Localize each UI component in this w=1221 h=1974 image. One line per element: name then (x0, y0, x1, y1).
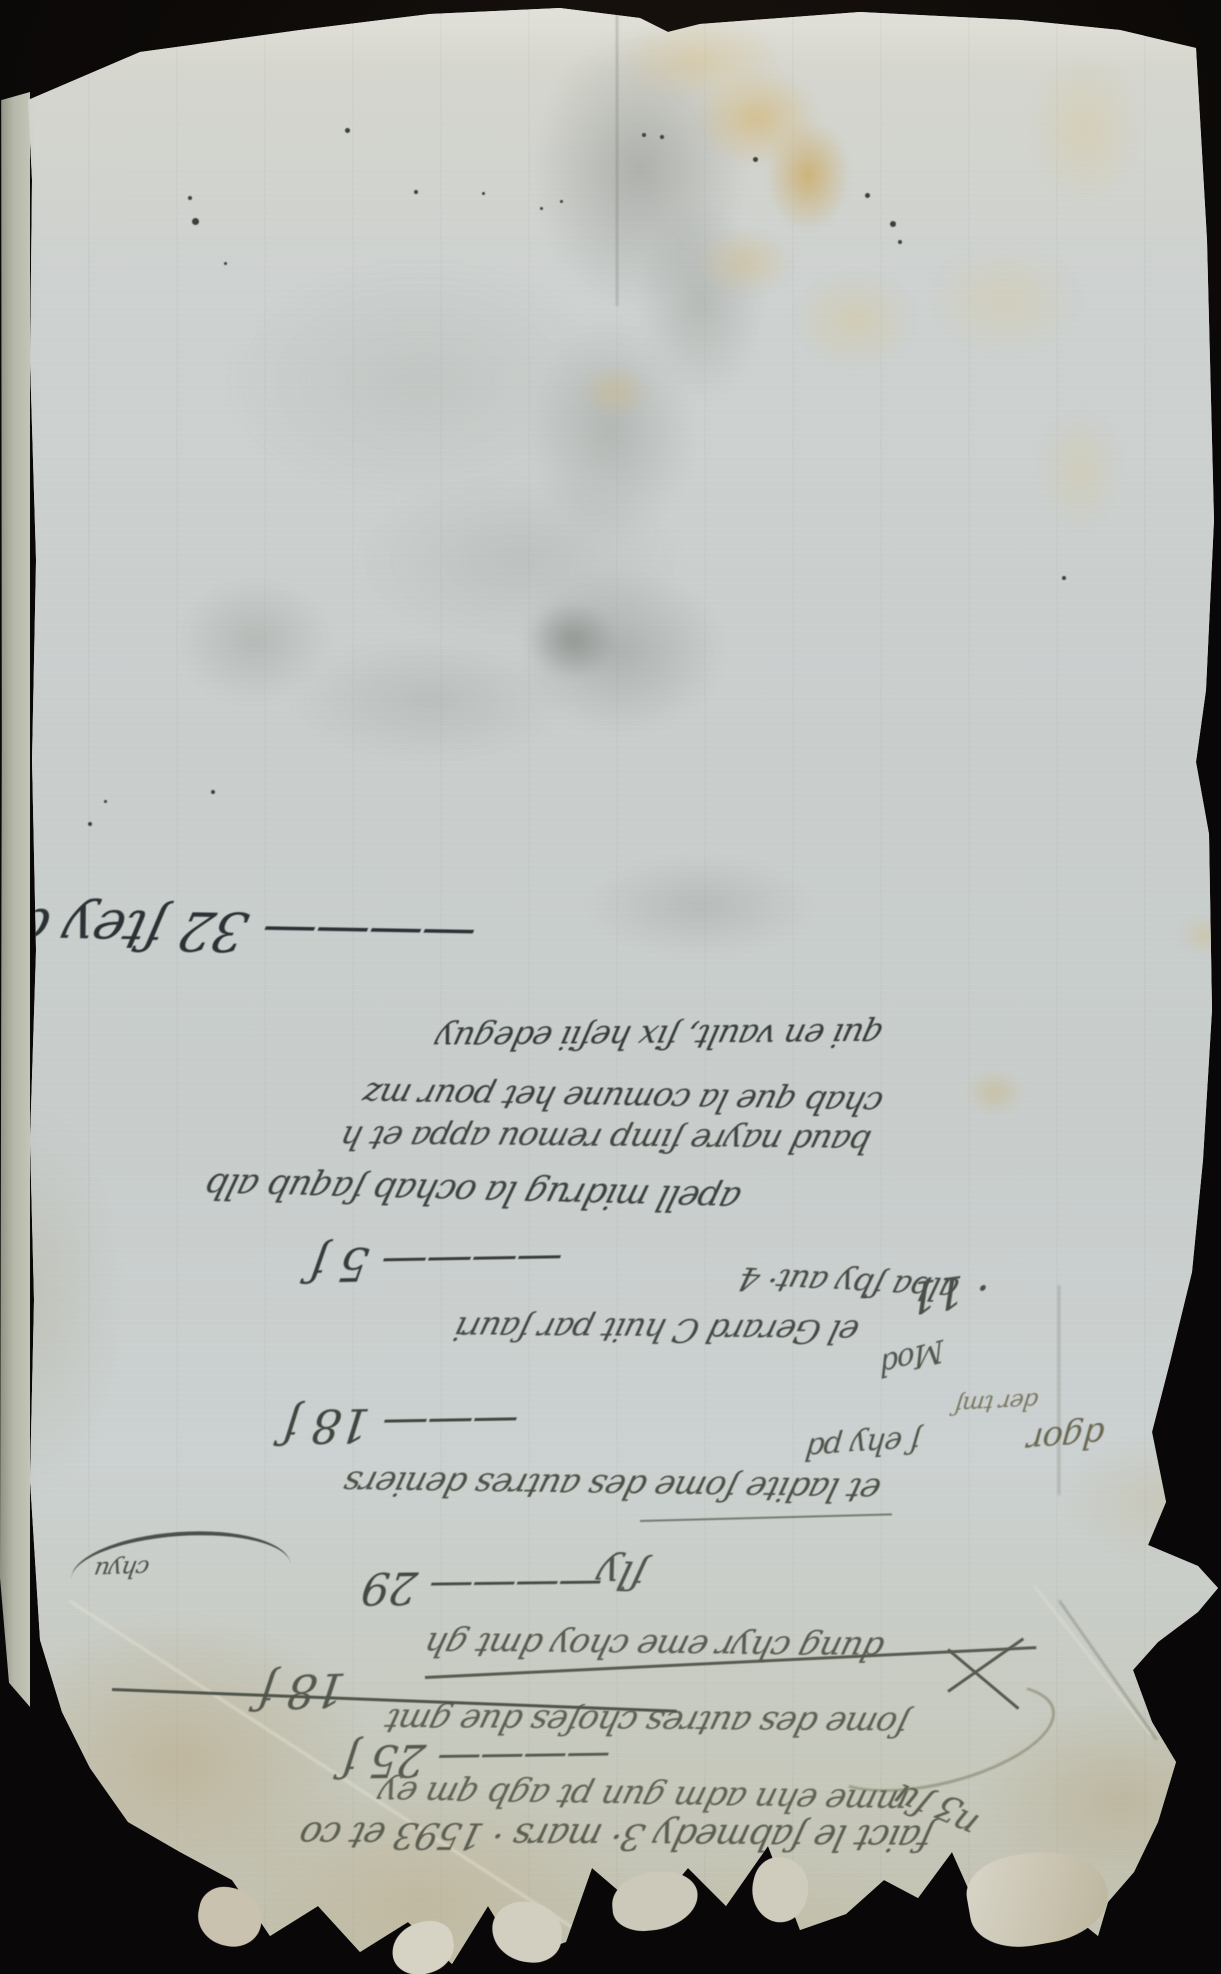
ink-speck (104, 800, 107, 803)
ink-speck (345, 128, 350, 133)
ink-speck (414, 190, 418, 194)
adjacent-leaf-edge (0, 92, 30, 1707)
ink-speck (865, 193, 870, 198)
ink-speck (560, 200, 563, 203)
ink-speck (753, 157, 758, 162)
ink-speck (211, 790, 215, 794)
photograph-background: ———— 32 ſtey du qui en vault, ſix heſii … (0, 0, 1221, 1974)
ink-speck (540, 207, 543, 210)
ink-speck (224, 262, 227, 265)
ink-speck (898, 240, 902, 244)
photo-vignette (0, 0, 1221, 1974)
ink-speck (88, 822, 92, 826)
ink-speck (642, 133, 646, 137)
ink-speck (890, 221, 896, 227)
ink-speck (1062, 576, 1066, 580)
ink-speck (192, 218, 199, 225)
ink-speck (660, 135, 664, 139)
ink-speck (188, 196, 192, 200)
ink-speck (482, 192, 485, 195)
manuscript-page: ———— 32 ſtey du qui en vault, ſix heſii … (0, 0, 1221, 1974)
